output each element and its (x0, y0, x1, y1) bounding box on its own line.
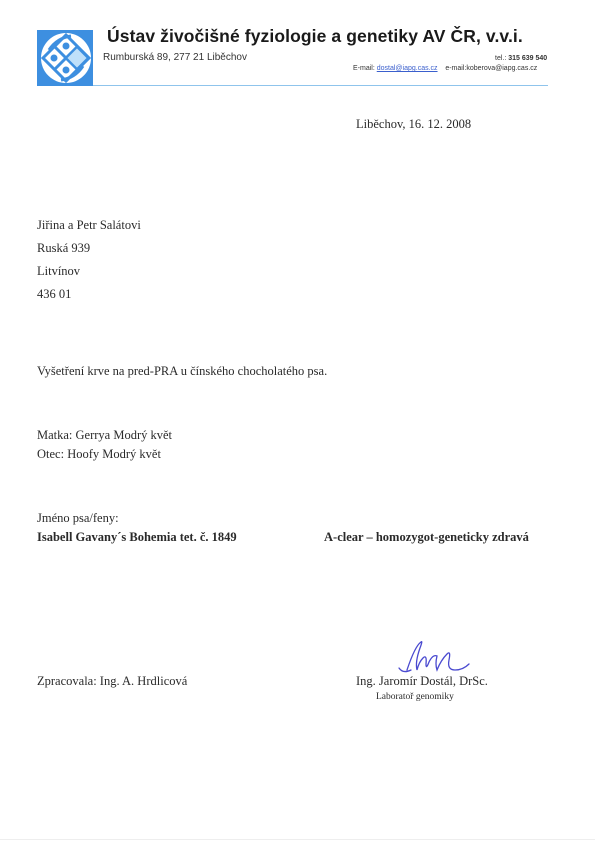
signature-icon (393, 640, 473, 676)
letter-subject: Vyšetření krve na pred-PRA u čínského ch… (37, 364, 327, 379)
processed-by: Zpracovala: Ing. A. Hrdlicová (37, 674, 187, 689)
dog-name: Isabell Gavany´s Bohemia tet. č. 1849 (37, 530, 237, 545)
laboratory-name: Laboratoř genomiky (376, 692, 454, 702)
test-result: A-clear – homozygot-geneticky zdravá (324, 530, 529, 545)
scan-edge (0, 839, 595, 840)
recipient-name: Jiřina a Petr Salátovi (37, 218, 141, 233)
institution-address: Rumburská 89, 277 21 Liběchov (103, 52, 247, 63)
recipient-street: Ruská 939 (37, 241, 90, 256)
email1-label: E-mail: (353, 65, 375, 72)
institution-emails: E-mail: dostal@iapg.cas.cz e-mail:kobero… (353, 65, 537, 72)
email2-value: koberova@iapg.cas.cz (466, 65, 537, 72)
recipient-city: Litvínov (37, 264, 80, 279)
tel-label: tel.: (495, 55, 506, 62)
dog-name-label: Jméno psa/feny: (37, 511, 119, 526)
institution-name: Ústav živočišné fyziologie a genetiky AV… (107, 26, 523, 47)
email2-label: e-mail: (445, 65, 466, 72)
place-date: Liběchov, 16. 12. 2008 (356, 117, 471, 132)
father-line: Otec: Hoofy Modrý květ (37, 447, 161, 462)
recipient-postcode: 436 01 (37, 287, 71, 302)
institute-logo-icon (37, 30, 93, 86)
email1-link[interactable]: dostal@iapg.cas.cz (377, 65, 438, 72)
mother-line: Matka: Gerrya Modrý květ (37, 428, 172, 443)
signer-name: Ing. Jaromír Dostál, DrSc. (356, 674, 488, 689)
header-divider (93, 85, 548, 86)
institution-phone: tel.: 315 639 540 (495, 55, 547, 62)
tel-value: 315 639 540 (508, 55, 547, 62)
